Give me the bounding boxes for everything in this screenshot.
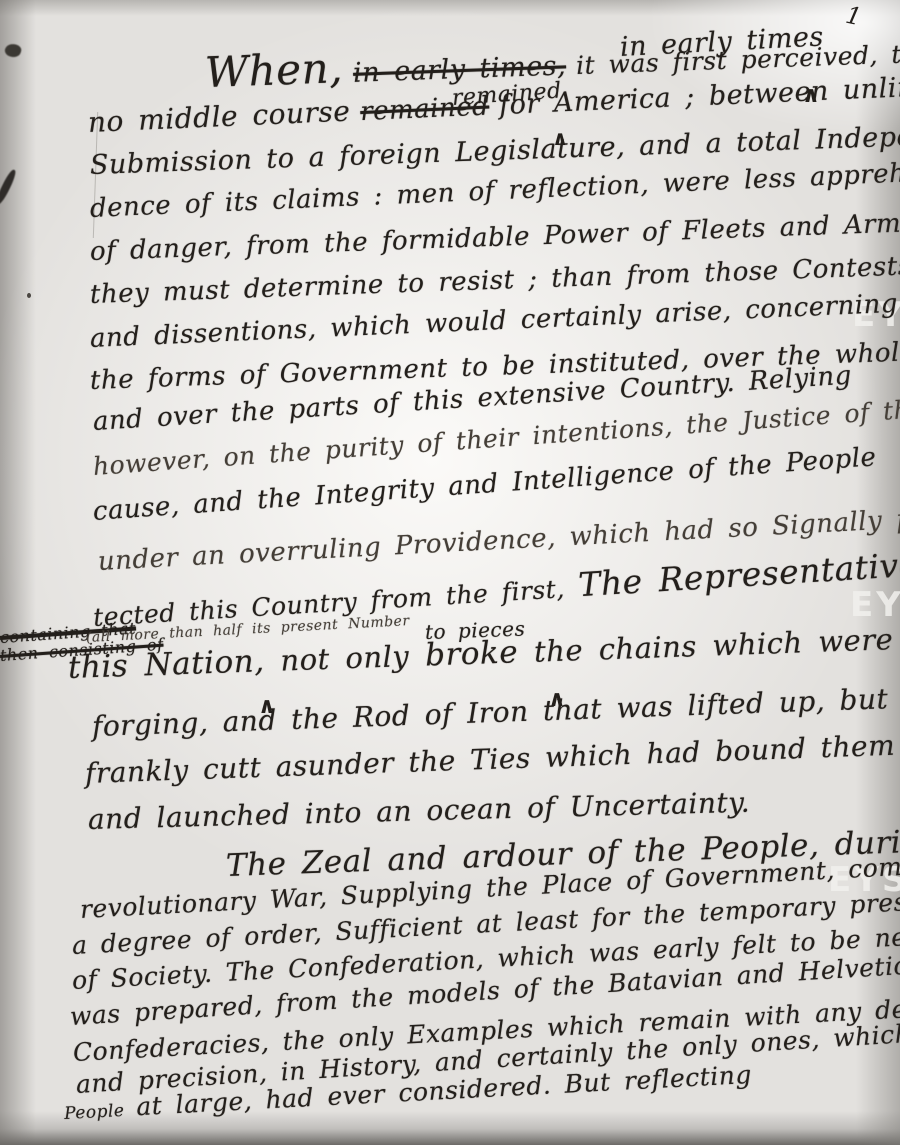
ink-blot	[4, 42, 23, 59]
manuscript-page: EYS EYS EYS 1 in early times When, in ea…	[0, 0, 900, 1145]
line-text: broke	[425, 634, 519, 673]
line-text: this Nation,	[67, 643, 265, 686]
ink-smudge	[0, 168, 18, 206]
line-text: the chains which were	[533, 622, 893, 669]
scan-watermark: EYS	[850, 585, 900, 625]
ink-speck	[27, 293, 31, 298]
manuscript-line: and launched into an ocean of Uncertaint…	[88, 786, 751, 836]
line-text: People	[64, 1101, 125, 1124]
line-text: and launched into an ocean of Uncertaint…	[88, 786, 751, 836]
line-text: no middle course	[87, 95, 351, 139]
line-text: When,	[204, 43, 344, 97]
struck-text: remained	[360, 91, 490, 127]
line-text: not only	[280, 639, 410, 677]
